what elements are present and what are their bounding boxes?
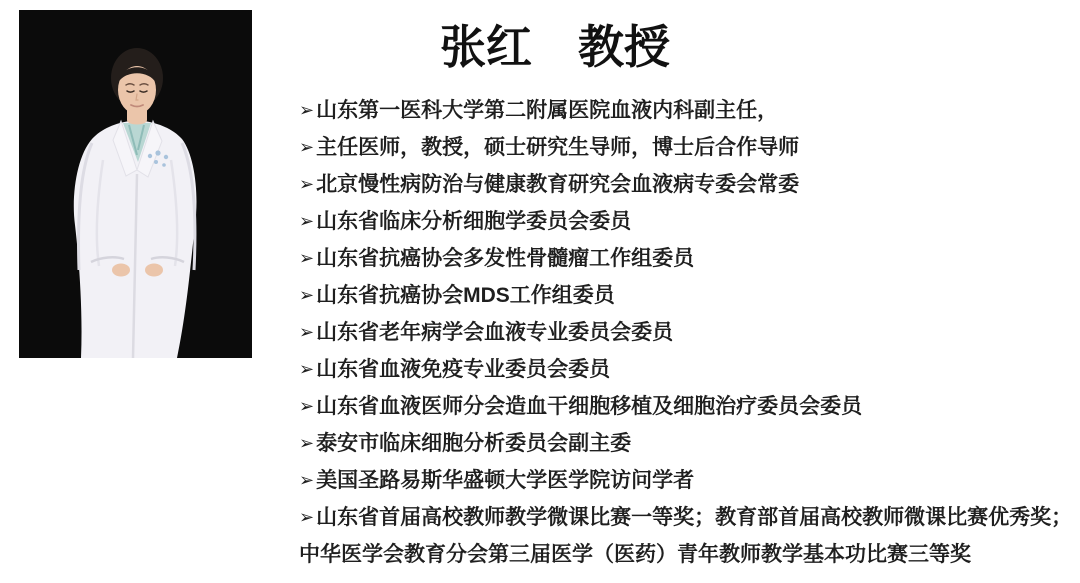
credential-item: ➢ 山东省血液医师分会造血干细胞移植及细胞治疗委员会委员 — [299, 386, 1080, 423]
doctor-profile-slide: 张红教授 ➢ 山东第一医科大学第二附属医院血液内科副主任， ➢ 主任医师，教授，… — [0, 0, 1080, 583]
credential-text: 主任医师，教授，硕士研究生导师，博士后合作导师 — [316, 131, 799, 161]
bullet-arrow-icon: ➢ — [299, 397, 314, 415]
doctor-rank: 教授 — [578, 21, 670, 73]
credential-text: 山东省血液医师分会造血干细胞移植及细胞治疗委员会委员 — [316, 390, 862, 420]
credential-text: 山东省抗癌协会MDS工作组委员 — [316, 279, 615, 309]
credential-item: ➢ 山东省血液免疫专业委员会委员 — [299, 349, 1080, 386]
credential-item: 中华医学会教育分会第三届医学（医药）青年教师教学基本功比赛三等奖 — [299, 534, 1080, 571]
bullet-arrow-icon: ➢ — [299, 101, 314, 119]
credential-text: 山东省首届高校教师教学微课比赛一等奖；教育部首届高校教师微课比赛优秀奖； — [316, 501, 1072, 531]
bullet-arrow-icon: ➢ — [299, 249, 314, 267]
credential-item: ➢ 北京慢性病防治与健康教育研究会血液病专委会常委 — [299, 164, 1080, 201]
credential-text: 山东省血液免疫专业委员会委员 — [316, 353, 610, 383]
credential-item: ➢ 山东省首届高校教师教学微课比赛一等奖；教育部首届高校教师微课比赛优秀奖； — [299, 497, 1080, 534]
credential-item: ➢ 山东省抗癌协会MDS工作组委员 — [299, 275, 1080, 312]
credential-text: 山东省抗癌协会多发性骨髓瘤工作组委员 — [316, 242, 694, 272]
bullet-arrow-icon: ➢ — [299, 175, 314, 193]
credential-item: ➢ 山东第一医科大学第二附属医院血液内科副主任， — [299, 90, 1080, 127]
credential-item: ➢ 山东省抗癌协会多发性骨髓瘤工作组委员 — [299, 238, 1080, 275]
bullet-arrow-icon: ➢ — [299, 434, 314, 452]
bullet-arrow-icon: ➢ — [299, 212, 314, 230]
doctor-name: 张红 — [440, 21, 532, 73]
bullet-arrow-icon: ➢ — [299, 471, 314, 489]
bullet-arrow-icon: ➢ — [299, 138, 314, 156]
credentials-list: ➢ 山东第一医科大学第二附属医院血液内科副主任， ➢ 主任医师，教授，硕士研究生… — [299, 90, 1080, 571]
bullet-arrow-icon: ➢ — [299, 360, 314, 378]
credential-text: 山东省临床分析细胞学委员会委员 — [316, 205, 631, 235]
credential-item: ➢ 美国圣路易斯华盛顿大学医学院访问学者 — [299, 460, 1080, 497]
credential-item: ➢ 泰安市临床细胞分析委员会副主委 — [299, 423, 1080, 460]
bullet-arrow-icon: ➢ — [299, 286, 314, 304]
bullet-arrow-icon: ➢ — [299, 323, 314, 341]
credential-item: ➢ 山东省临床分析细胞学委员会委员 — [299, 201, 1080, 238]
credential-text: 山东省老年病学会血液专业委员会委员 — [316, 316, 673, 346]
credential-text: 北京慢性病防治与健康教育研究会血液病专委会常委 — [316, 168, 799, 198]
credential-item: ➢ 山东省老年病学会血液专业委员会委员 — [299, 312, 1080, 349]
bullet-arrow-icon: ➢ — [299, 508, 314, 526]
credential-text: 泰安市临床细胞分析委员会副主委 — [316, 427, 631, 457]
credential-item: ➢ 主任医师，教授，硕士研究生导师，博士后合作导师 — [299, 127, 1080, 164]
portrait-illustration — [19, 10, 252, 358]
hand-left — [112, 264, 130, 277]
profile-header: 张红教授 — [295, 22, 815, 73]
credential-text: 中华医学会教育分会第三届医学（医药）青年教师教学基本功比赛三等奖 — [299, 538, 971, 568]
credential-text: 美国圣路易斯华盛顿大学医学院访问学者 — [316, 464, 694, 494]
credential-text: 山东第一医科大学第二附属医院血液内科副主任， — [316, 94, 778, 124]
doctor-portrait-photo — [19, 10, 252, 358]
hand-right — [145, 264, 163, 277]
